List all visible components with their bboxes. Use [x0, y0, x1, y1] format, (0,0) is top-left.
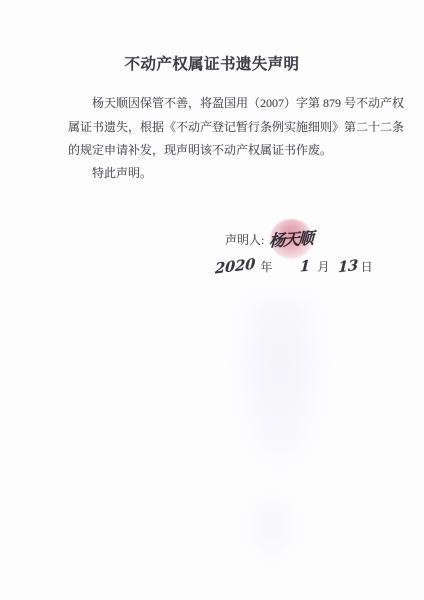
date-year-unit: 年: [260, 258, 272, 275]
declarant-label: 声明人:: [225, 231, 264, 248]
date-month-unit: 月: [317, 258, 329, 275]
declaration-body: 杨天顺因保管不善，将盈国用（2007）字第 879 号不动产权 属证书遗失，根据…: [68, 92, 408, 163]
body-line: 属证书遗失，根据《不动产登记暂行条例实施细则》第二十二条: [68, 116, 408, 140]
date-day-handwritten: 13: [338, 257, 359, 277]
red-thumbprint-stamp: [270, 219, 313, 259]
body-line: 杨天顺因保管不善，将盈国用（2007）字第 879 号不动产权: [68, 92, 408, 116]
date-month-handwritten: 1: [300, 257, 311, 275]
body-line: 的规定申请补发，现声明该不动产权属证书作废。: [68, 139, 408, 163]
closing-statement: 特此声明。: [68, 162, 408, 186]
document-title: 不动产权属证书遗失声明: [0, 52, 424, 74]
date-year-handwritten: 2020: [215, 255, 256, 277]
date-day-unit: 日: [361, 258, 373, 275]
scan-wrinkle-artifact: [244, 492, 300, 562]
date-row: 2020 年 1 月 13 日: [215, 258, 373, 275]
scanned-declaration-page: 不动产权属证书遗失声明 杨天顺因保管不善，将盈国用（2007）字第 879 号不…: [0, 0, 424, 600]
scan-wrinkle-artifact: [238, 298, 322, 463]
